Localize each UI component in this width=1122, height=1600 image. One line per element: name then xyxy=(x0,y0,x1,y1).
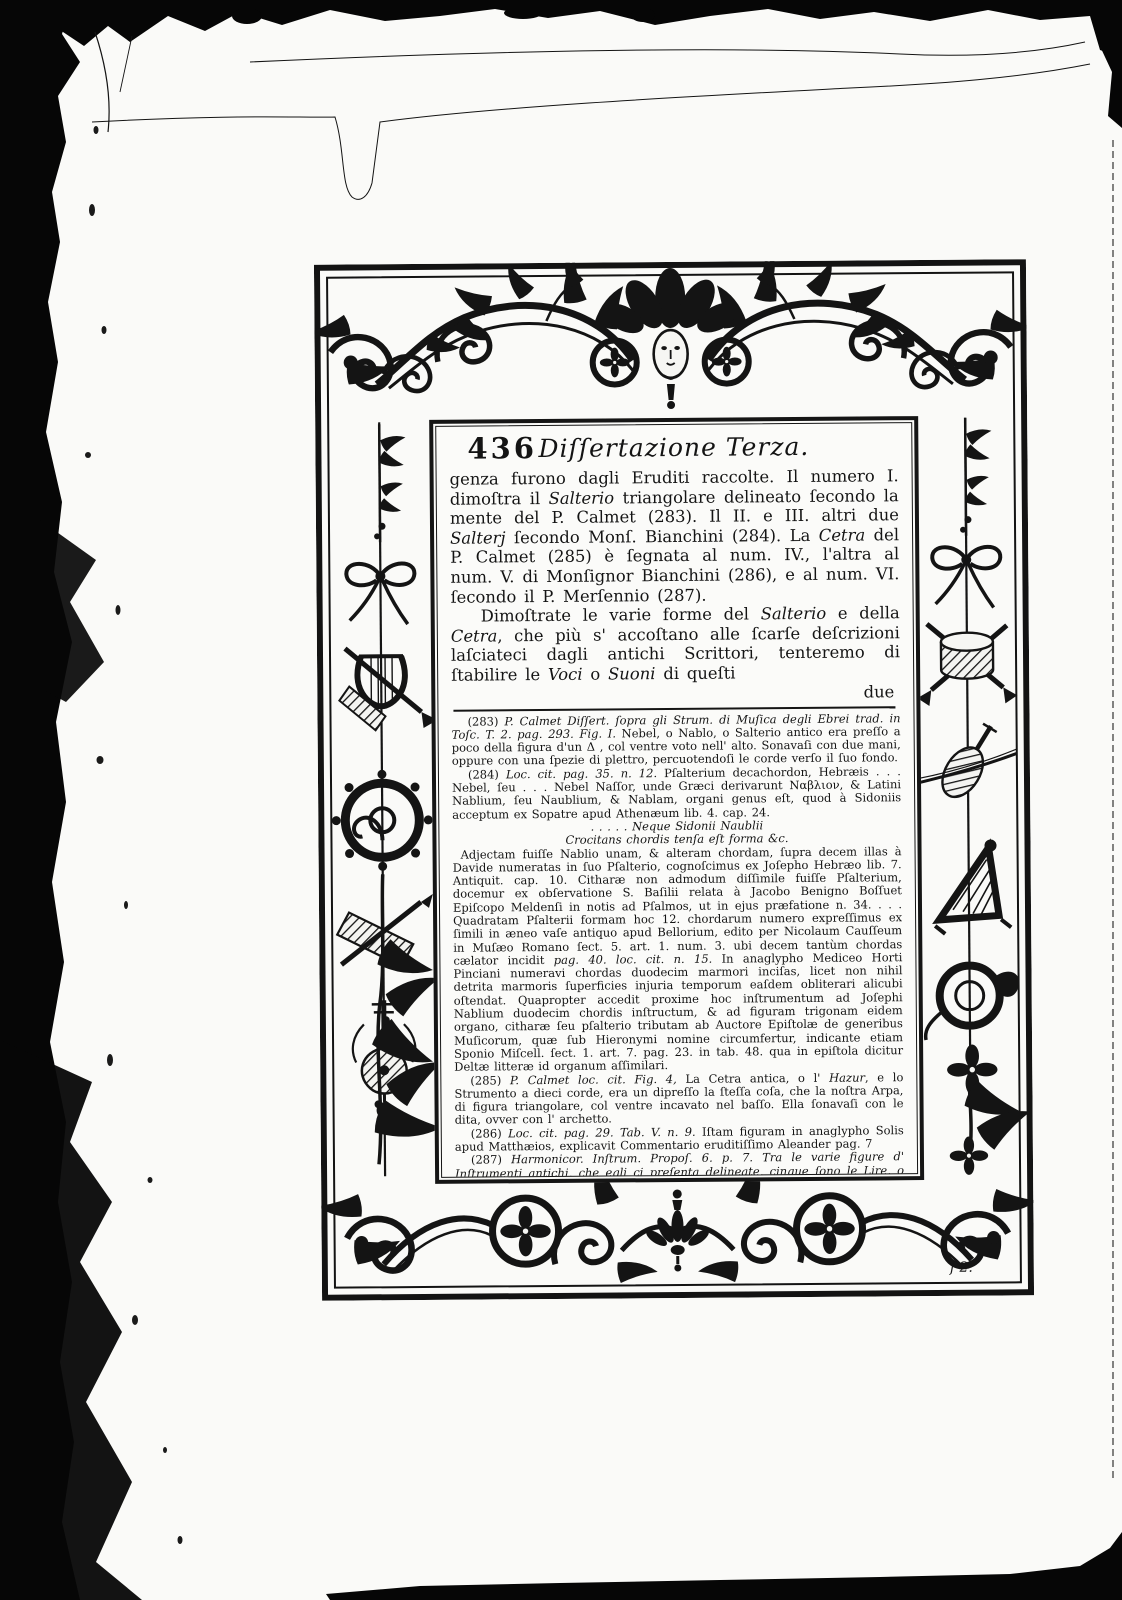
catchword: due xyxy=(451,682,900,705)
page-header: 436 Diſſertazione Terza. xyxy=(449,430,898,468)
footnote-287: (287) Harmonicor. Inſtrum. Propoſ. 6. p.… xyxy=(455,1151,905,1178)
footnote-285: (285) P. Calmet loc. cit. Fig. 4, La Cet… xyxy=(454,1071,903,1128)
left-ornament-band xyxy=(329,422,443,1177)
body-paragraph-1: genza furono dagli Eruditi raccolte. Il … xyxy=(450,466,900,607)
scan-top-edge xyxy=(0,0,1122,58)
signature-mark: f 2. xyxy=(950,1260,973,1276)
right-ornament-band xyxy=(911,417,1030,1175)
footnote-continuation: Adjectam fuiſſe Nablio unam, & alteram c… xyxy=(453,845,904,1075)
leaf-spray-ornament xyxy=(354,817,443,1164)
footnotes-block: (283) P. Calmet Diſſert. ſopra gli Strum… xyxy=(451,712,904,1178)
crease-line-2 xyxy=(92,64,1090,199)
harp-ornament xyxy=(934,839,1011,934)
footnote-283: (283) P. Calmet Diſſert. ſopra gli Strum… xyxy=(451,712,900,769)
text-box: 436 Diſſertazione Terza. genza furono da… xyxy=(429,416,924,1184)
scan-bottom-edge xyxy=(326,1532,1122,1600)
top-ornament-band xyxy=(314,259,1032,412)
lyre-trophy-ornament xyxy=(339,648,438,731)
body-paragraph-2: Dimoſtrate le varie forme del Salterio e… xyxy=(451,603,901,685)
horn-ornament xyxy=(925,965,1019,1040)
flower-cluster-ornament xyxy=(947,1044,1031,1175)
running-title: Diſſertazione Terza. xyxy=(449,431,898,465)
footnote-284: (284) Loc. cit. pag. 35. n. 12. Pſalteri… xyxy=(452,765,901,822)
palmette-ornament xyxy=(643,1189,711,1272)
decorative-frame: 436 Diſſertazione Terza. genza furono da… xyxy=(314,259,1034,1301)
crease-line xyxy=(250,42,1085,62)
